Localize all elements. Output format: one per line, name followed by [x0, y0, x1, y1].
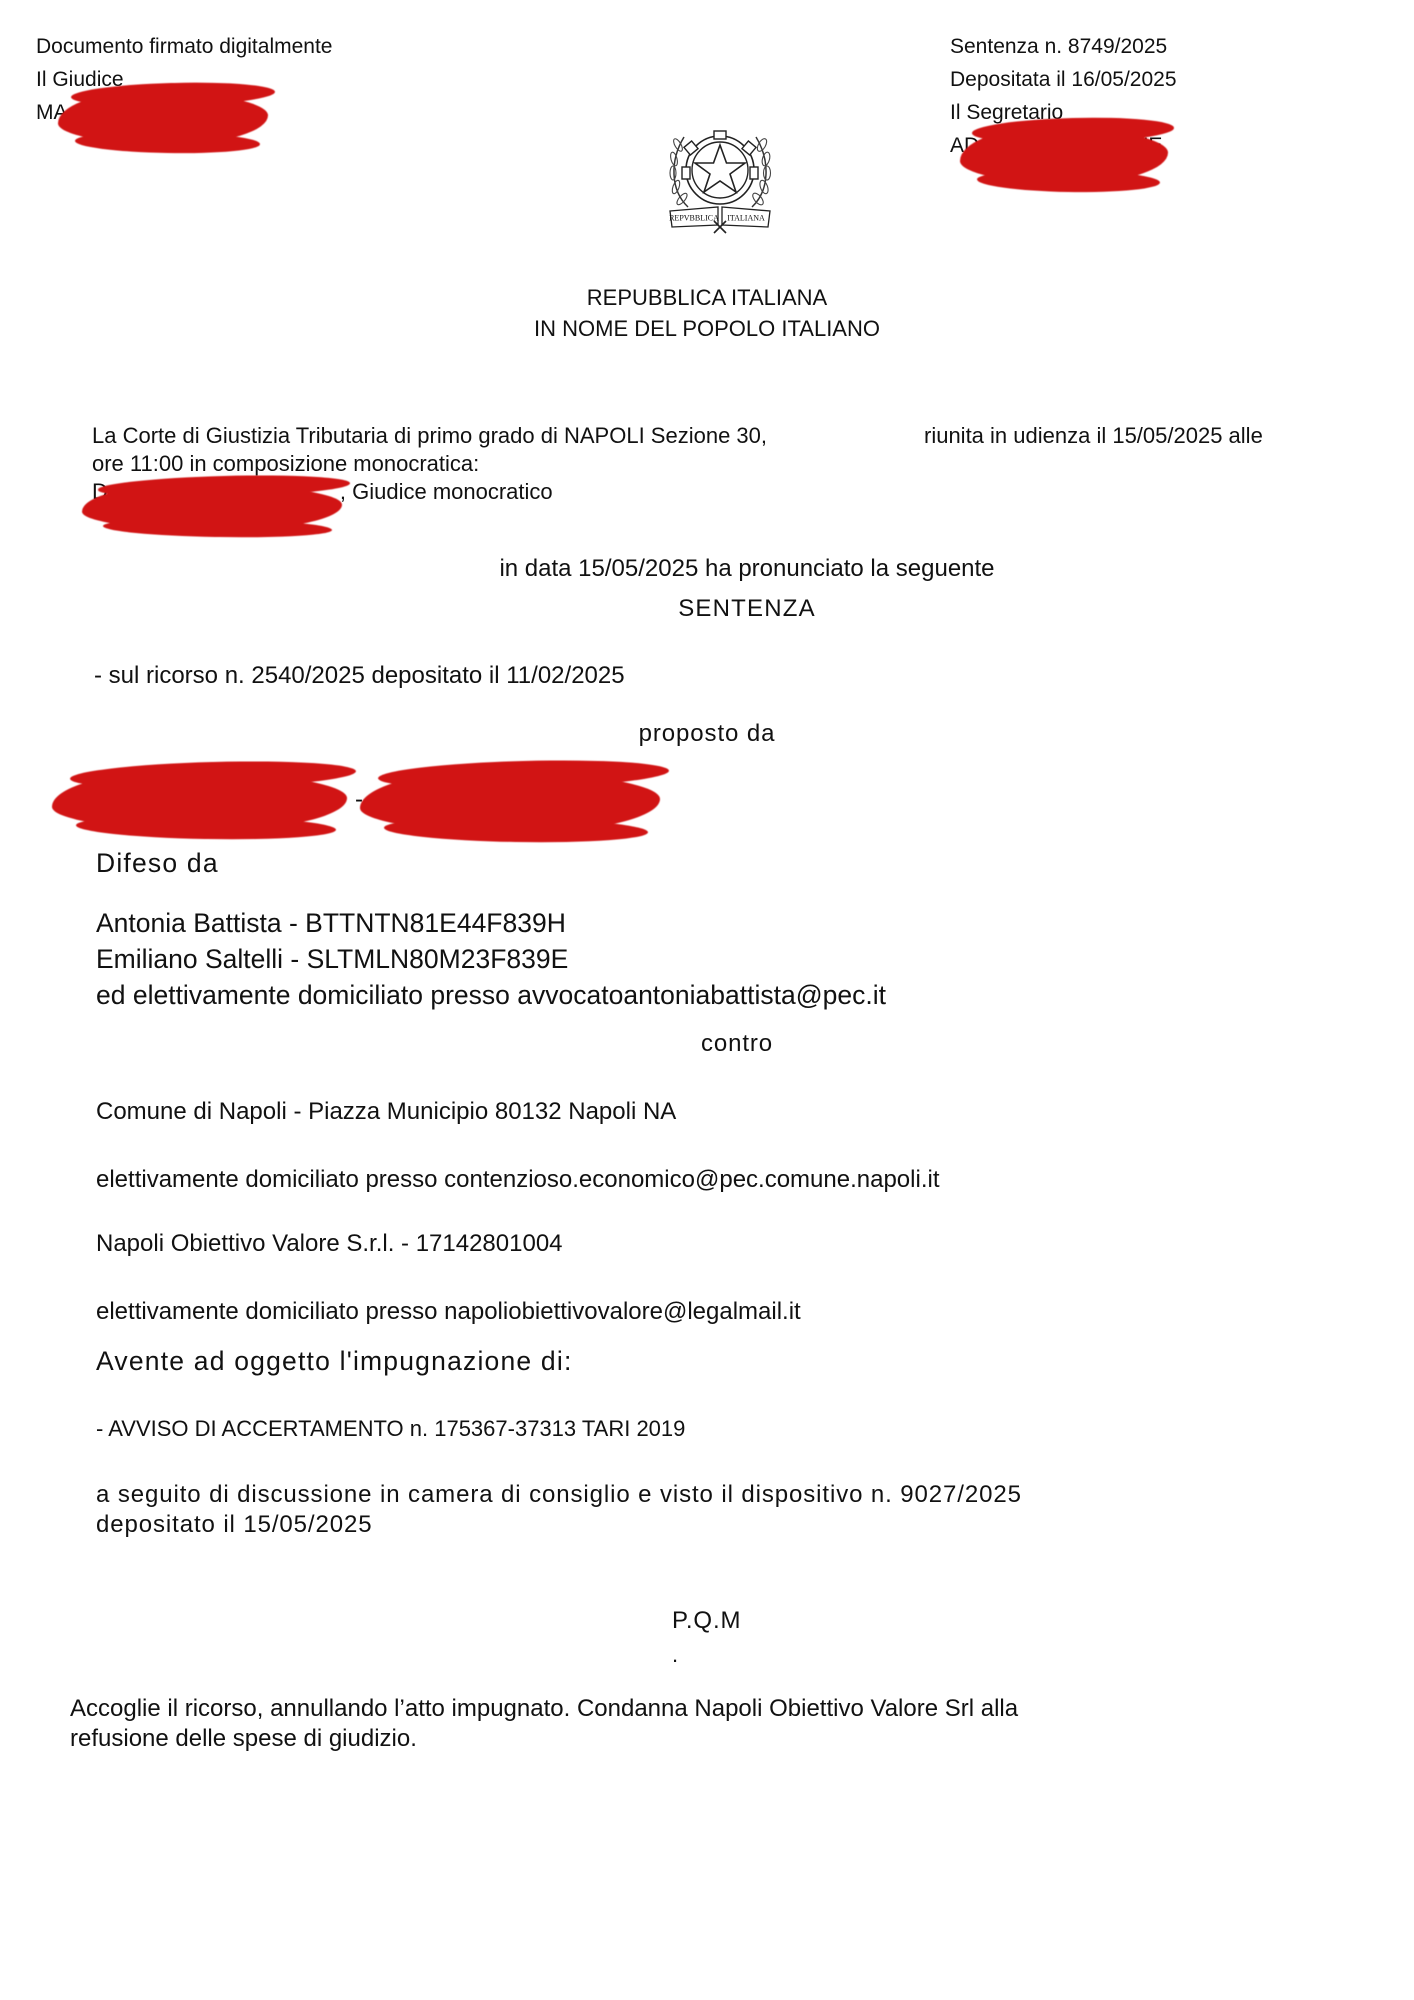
pronounce-line: in data 15/05/2025 ha pronunciato la seg…	[40, 555, 1414, 583]
signed-digitally-label: Documento firmato digitalmente	[36, 30, 332, 63]
redaction-mark-judge-name	[82, 484, 342, 530]
redaction-mark-appellant-1	[52, 772, 347, 830]
sentence-heading: SENTENZA	[40, 595, 1414, 623]
deposit-date: Depositata il 16/05/2025	[950, 63, 1177, 96]
ruling-line-1: Accoglie il ricorso, annullando l’atto i…	[70, 1694, 1018, 1724]
court-line-1b: riunita in udienza il 15/05/2025 alle	[924, 422, 1263, 450]
against-label: contro	[30, 1030, 1414, 1058]
pqm-dot: .	[672, 1642, 678, 1668]
pqm-heading: P.Q.M	[672, 1607, 741, 1635]
redaction-mark-clerk-header	[960, 128, 1168, 183]
lawyer-domicile: ed elettivamente domiciliato presso avvo…	[96, 977, 886, 1013]
ruling-line-2: refusione delle spese di giudizio.	[70, 1724, 1018, 1754]
discussion-paragraph: a seguito di discussione in camera di co…	[96, 1480, 1022, 1540]
lawyer-item: Emiliano Saltelli - SLTMLN80M23F839E	[96, 941, 886, 977]
discussion-line-1: a seguito di discussione in camera di co…	[96, 1480, 1022, 1510]
svg-text:REPVBBLICA: REPVBBLICA	[669, 214, 719, 223]
appeal-reference: - sul ricorso n. 2540/2025 depositato il…	[94, 662, 625, 690]
sentence-number: Sentenza n. 8749/2025	[950, 30, 1177, 63]
respondent-1-domicile: elettivamente domiciliato presso contenz…	[96, 1166, 939, 1194]
redaction-mark-judge-header	[58, 92, 268, 144]
lawyers-list: Antonia Battista - BTTNTN81E44F839H Emil…	[96, 905, 886, 1013]
court-line-2: ore 11:00 in composizione monocratica:	[92, 450, 767, 478]
svg-text:ITALIANA: ITALIANA	[727, 214, 765, 223]
document-title: REPUBBLICA ITALIANA IN NOME DEL POPOLO I…	[0, 282, 1414, 344]
title-people: IN NOME DEL POPOLO ITALIANO	[0, 313, 1414, 344]
discussion-line-2: depositato il 15/05/2025	[96, 1510, 1022, 1540]
italian-republic-emblem-icon: REPVBBLICA ITALIANA	[660, 115, 780, 235]
respondent-2-name: Napoli Obiettivo Valore S.r.l. - 1714280…	[96, 1230, 563, 1258]
redaction-mark-appellant-2	[360, 772, 660, 832]
title-republic: REPUBBLICA ITALIANA	[0, 282, 1414, 313]
respondent-2-domicile: elettivamente domiciliato presso napolio…	[96, 1298, 801, 1326]
proposed-by-label: proposto da	[0, 720, 1414, 748]
subject-heading: Avente ad oggetto l'impugnazione di:	[96, 1346, 573, 1377]
respondent-1-name: Comune di Napoli - Piazza Municipio 8013…	[96, 1098, 676, 1126]
defended-by-label: Difeso da	[96, 848, 219, 879]
lawyer-item: Antonia Battista - BTTNTN81E44F839H	[96, 905, 886, 941]
subject-item: - AVVISO DI ACCERTAMENTO n. 175367-37313…	[96, 1416, 685, 1442]
court-line-1a: La Corte di Giustizia Tributaria di prim…	[92, 422, 767, 450]
ruling-paragraph: Accoglie il ricorso, annullando l’atto i…	[70, 1694, 1018, 1754]
